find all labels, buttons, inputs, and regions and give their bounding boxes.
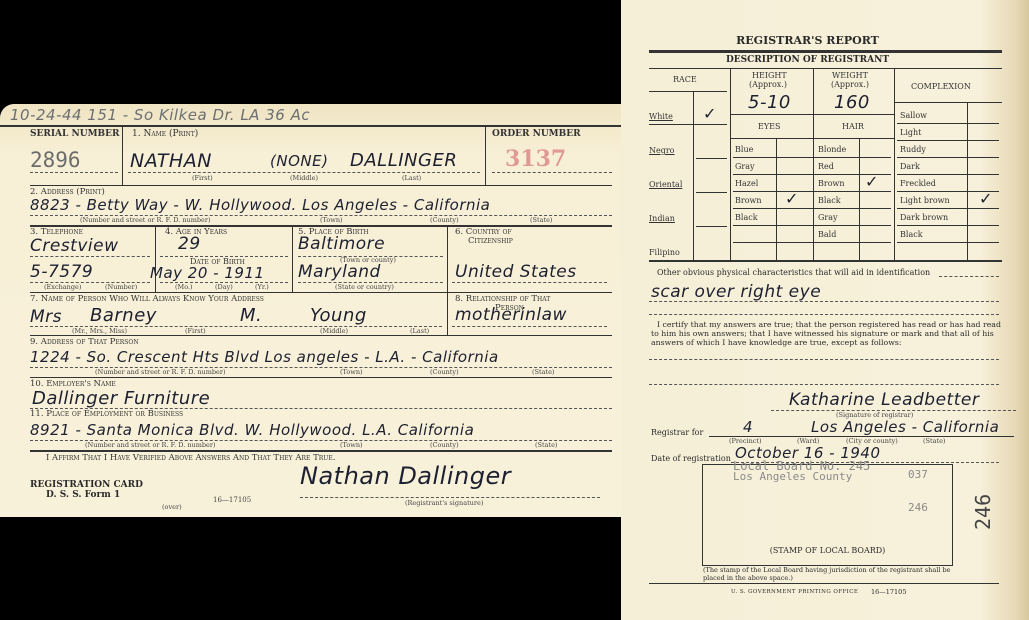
other-characteristics-label: Other obvious physical characteristics t… bbox=[657, 268, 930, 277]
sub-label: (County) bbox=[430, 216, 459, 224]
contact-label: 7. Name of Person Who Will Always Know Y… bbox=[30, 294, 264, 304]
sub-label: (County) bbox=[430, 441, 459, 449]
divider bbox=[897, 123, 999, 124]
divider bbox=[733, 157, 891, 158]
eyes-header: EYES bbox=[758, 122, 780, 131]
race-indian: Indian bbox=[649, 214, 675, 223]
fill-line bbox=[452, 326, 607, 327]
stamp-note: (The stamp of the Local Board having jur… bbox=[703, 567, 963, 582]
divider bbox=[30, 450, 612, 452]
report-title: REGISTRAR'S REPORT bbox=[621, 34, 994, 47]
printer-line: U. S. GOVERNMENT PRINTING OFFICE bbox=[731, 589, 858, 595]
divider bbox=[730, 114, 894, 115]
over-note: (over) bbox=[162, 503, 182, 511]
sub-label: (Mr., Mrs., Miss) bbox=[72, 327, 127, 335]
complexion-light-brown: Light brown bbox=[900, 196, 950, 205]
divider bbox=[649, 50, 1002, 53]
stamp-box: Local Board No. 245 Los Angeles County 0… bbox=[702, 464, 953, 566]
stamp-county-line: Los Angeles County bbox=[733, 470, 852, 483]
height-value: 5-10 bbox=[748, 92, 791, 113]
sub-label: (Number and street or R. F. D. number) bbox=[85, 441, 216, 449]
divider bbox=[122, 126, 123, 185]
sub-label: (Yr.) bbox=[255, 283, 269, 291]
divider bbox=[30, 292, 612, 293]
weight-approx: (Approx.) bbox=[831, 80, 869, 89]
race-filipino: Filipino bbox=[649, 248, 680, 257]
fill-line bbox=[649, 359, 999, 360]
divider bbox=[897, 242, 999, 243]
complexion-sallow: Sallow bbox=[900, 111, 927, 120]
contact-first: Barney bbox=[90, 305, 157, 326]
divider bbox=[30, 377, 612, 378]
sub-label: (Town) bbox=[320, 216, 343, 224]
hair-red: Red bbox=[818, 162, 834, 171]
relationship-value: motherinlaw bbox=[455, 305, 567, 325]
sub-label: (Town) bbox=[340, 441, 363, 449]
divider bbox=[894, 102, 1002, 103]
employment-place-label: 11. Place of Employment or Business bbox=[30, 409, 183, 419]
divider bbox=[733, 191, 891, 192]
sub-label: (Town) bbox=[340, 368, 363, 376]
race-white: White bbox=[649, 112, 673, 121]
complexion-ruddy: Ruddy bbox=[900, 145, 926, 154]
stamp-caption: (STAMP OF LOCAL BOARD) bbox=[703, 546, 952, 555]
complexion-light: Light bbox=[900, 128, 921, 137]
complexion-dark-brown: Dark brown bbox=[900, 213, 948, 222]
registrar-precinct: 4 bbox=[743, 418, 753, 436]
sub-label: (Last) bbox=[410, 327, 429, 335]
other-characteristics-value: scar over right eye bbox=[651, 282, 821, 302]
fill-line bbox=[128, 172, 480, 173]
race-white-check-icon: ✓ bbox=[703, 104, 716, 123]
birthplace-town: Baltimore bbox=[298, 234, 385, 254]
divider bbox=[813, 68, 814, 260]
divider bbox=[733, 174, 891, 175]
name-first: NATHAN bbox=[130, 150, 212, 172]
divider bbox=[897, 225, 999, 226]
divider bbox=[155, 226, 156, 292]
sub-label: (Exchange) bbox=[44, 283, 81, 291]
race-oriental: Oriental bbox=[649, 180, 682, 189]
serial-number-value: 2896 bbox=[30, 148, 81, 172]
name-middle: (NONE) bbox=[270, 152, 328, 170]
complexion-dark: Dark bbox=[900, 162, 920, 171]
hair-black: Black bbox=[818, 196, 841, 205]
registration-card-back: REGISTRAR'S REPORT DESCRIPTION OF REGIST… bbox=[621, 0, 1029, 620]
sub-label: (Number and street or R. F. D. number) bbox=[80, 216, 211, 224]
divider bbox=[897, 208, 999, 209]
divider bbox=[733, 208, 891, 209]
divider bbox=[696, 226, 727, 227]
weight-value: 160 bbox=[834, 92, 870, 113]
form-code: 16—17105 bbox=[213, 496, 251, 504]
printer-code: 16—17105 bbox=[871, 588, 906, 596]
fill-line bbox=[649, 314, 999, 315]
divider bbox=[733, 225, 891, 226]
stamp-code-1: 037 bbox=[908, 468, 928, 481]
eyes-brown: Brown bbox=[735, 196, 762, 205]
sub-label: (County) bbox=[430, 368, 459, 376]
sub-label: (Last) bbox=[402, 174, 421, 182]
dob-value: May 20 - 1911 bbox=[150, 264, 265, 282]
divider bbox=[733, 242, 891, 243]
sub-label: (Number) bbox=[105, 283, 137, 291]
divider bbox=[894, 68, 895, 260]
sub-label: (State) bbox=[923, 437, 945, 445]
fill-line bbox=[30, 172, 118, 173]
registration-date-label: Date of registration bbox=[651, 454, 731, 463]
divider bbox=[649, 68, 1002, 69]
fill-line bbox=[649, 301, 999, 302]
citizenship-value: United States bbox=[455, 262, 577, 282]
complexion-black: Black bbox=[900, 230, 923, 239]
form-number: D. S. S. Form 1 bbox=[46, 490, 120, 500]
divider bbox=[696, 192, 727, 193]
divider bbox=[897, 140, 999, 141]
order-number-label: ORDER NUMBER bbox=[492, 129, 581, 139]
birthplace-state: Maryland bbox=[298, 262, 381, 282]
age-value: 29 bbox=[178, 234, 201, 254]
complexion-freckled: Freckled bbox=[900, 179, 936, 188]
employment-place-value: 8921 - Santa Monica Blvd. W. Hollywood. … bbox=[30, 421, 474, 439]
fill-line bbox=[30, 256, 150, 257]
registrar-signature: Katharine Leadbetter bbox=[789, 390, 979, 410]
fill-line bbox=[939, 276, 999, 277]
registrar-for-label: Registrar for bbox=[651, 428, 703, 437]
contact-address-label: 9. Address of That Person bbox=[30, 337, 139, 347]
divider bbox=[649, 583, 999, 584]
contact-title: Mrs bbox=[30, 307, 62, 327]
divider bbox=[292, 226, 293, 292]
name-last: DALLINGER bbox=[350, 150, 457, 171]
sub-label: (First) bbox=[192, 174, 213, 182]
sub-label: (State or country) bbox=[335, 283, 394, 291]
affirm-statement: I Affirm That I Have Verified Above Answ… bbox=[46, 453, 335, 463]
divider bbox=[730, 68, 731, 260]
divider bbox=[447, 226, 448, 292]
eyes-gray: Gray bbox=[735, 162, 755, 171]
sub-label: (Mo.) bbox=[175, 283, 193, 291]
divider bbox=[693, 91, 694, 260]
citizenship-label: Citizenship bbox=[468, 236, 513, 246]
hair-bald: Bald bbox=[818, 230, 836, 239]
fill-line bbox=[300, 497, 600, 498]
divider bbox=[447, 293, 448, 335]
contact-last: Young bbox=[310, 305, 367, 326]
divider bbox=[649, 260, 1002, 262]
height-header: HEIGHT bbox=[752, 71, 787, 80]
telephone-number: 5-7579 bbox=[30, 262, 93, 282]
fill-line bbox=[452, 282, 607, 283]
sub-label: (State) bbox=[535, 441, 557, 449]
registrar-city: Los Angeles - California bbox=[811, 418, 999, 436]
sub-label: (State) bbox=[532, 368, 554, 376]
serial-number-label: SERIAL NUMBER bbox=[30, 129, 119, 139]
height-approx: (Approx.) bbox=[749, 80, 787, 89]
telephone-exchange: Crestview bbox=[30, 236, 119, 256]
fill-line bbox=[492, 172, 612, 173]
divider bbox=[0, 125, 621, 127]
hair-brown: Brown bbox=[818, 179, 845, 188]
fill-line bbox=[649, 384, 999, 385]
eyes-blue: Blue bbox=[735, 145, 753, 154]
eyes-hazel: Hazel bbox=[735, 179, 758, 188]
eyes-black: Black bbox=[735, 213, 758, 222]
divider bbox=[30, 185, 612, 186]
contact-middle: M. bbox=[240, 305, 262, 326]
name-label: 1. Name (Print) bbox=[132, 129, 198, 139]
divider bbox=[897, 191, 999, 192]
hair-blonde: Blonde bbox=[818, 145, 846, 154]
side-stamp-number: 246 bbox=[971, 494, 995, 530]
weight-header: WEIGHT bbox=[832, 71, 868, 80]
report-subtitle: DESCRIPTION OF REGISTRANT bbox=[621, 55, 994, 65]
certification-text: I certify that my answers are true; that… bbox=[651, 320, 1001, 347]
divider bbox=[730, 138, 894, 139]
hair-gray: Gray bbox=[818, 213, 838, 222]
sub-label: (State) bbox=[530, 216, 552, 224]
complexion-header: COMPLEXION bbox=[911, 82, 971, 91]
sub-label: (Day) bbox=[215, 283, 233, 291]
sub-label: (Middle) bbox=[290, 174, 318, 182]
divider bbox=[485, 126, 486, 185]
handwritten-annotation: 10-24-44 151 - So Kilkea Dr. LA 36 Ac bbox=[10, 106, 310, 124]
stamp-code-2: 246 bbox=[908, 501, 928, 514]
divider bbox=[897, 174, 999, 175]
divider bbox=[649, 124, 727, 125]
sub-label: (Middle) bbox=[320, 327, 348, 335]
contact-address-value: 1224 - So. Crescent Hts Blvd Los angeles… bbox=[30, 348, 499, 366]
divider bbox=[30, 335, 612, 336]
sub-label: (Number and street or R. F. D. number) bbox=[95, 368, 226, 376]
divider bbox=[967, 102, 968, 260]
registration-card-front: 10-24-44 151 - So Kilkea Dr. LA 36 Ac SE… bbox=[0, 104, 621, 517]
divider bbox=[696, 158, 727, 159]
sub-label: (First) bbox=[185, 327, 206, 335]
divider bbox=[649, 91, 727, 92]
registrant-signature: Nathan Dallinger bbox=[300, 462, 511, 490]
divider bbox=[897, 157, 999, 158]
sub-label: (Registrant's signature) bbox=[405, 499, 483, 507]
order-number-value: 3137 bbox=[505, 146, 566, 172]
card-title: REGISTRATION CARD bbox=[30, 480, 143, 490]
race-header: RACE bbox=[673, 75, 697, 84]
hair-header: HAIR bbox=[842, 122, 864, 131]
race-negro: Negro bbox=[649, 146, 675, 155]
address-value: 8823 - Betty Way - W. Hollywood. Los Ang… bbox=[30, 196, 490, 214]
employer-value: Dallinger Furniture bbox=[32, 388, 210, 409]
